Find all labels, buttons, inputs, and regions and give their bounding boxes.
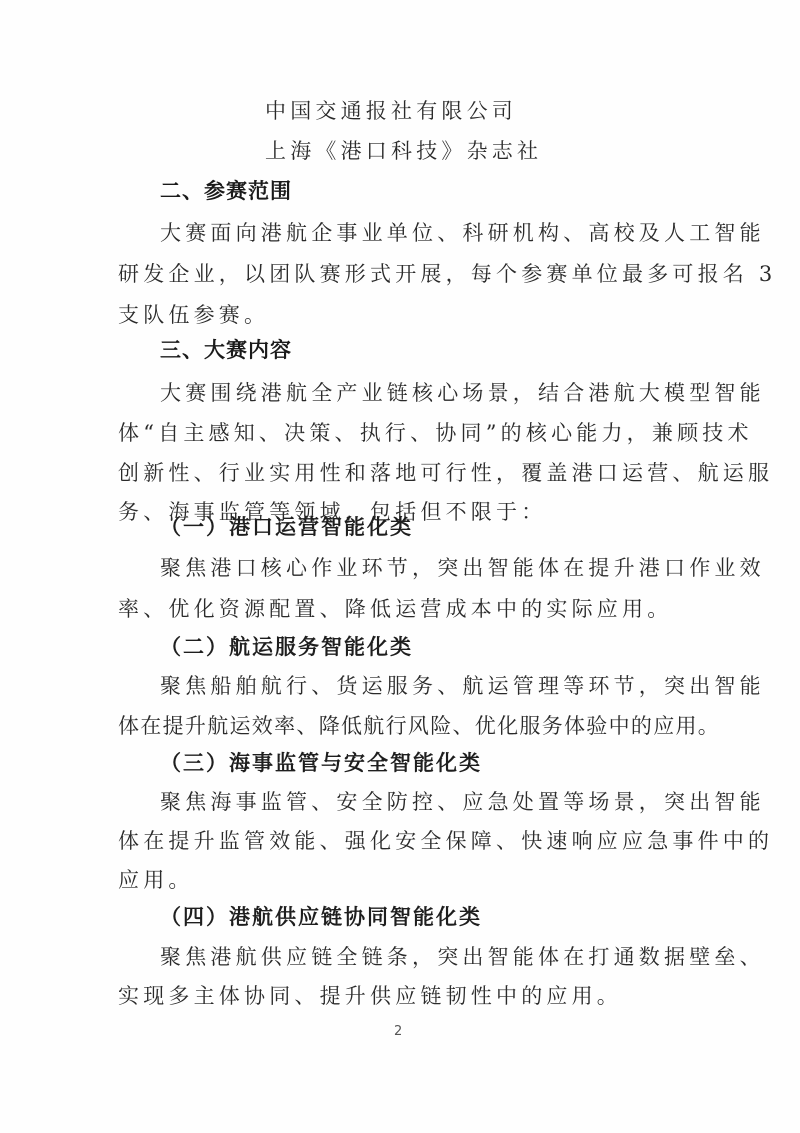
- section-3-heading: 三、大赛内容: [160, 335, 760, 365]
- section-2-line: 大赛面向港航企事业单位、科研机构、高校及人工智能: [160, 218, 760, 248]
- page-number: 2: [394, 1024, 402, 1039]
- category-2-title: （二）航运服务智能化类: [160, 632, 760, 662]
- category-2-line: 体在提升航运效率、降低航行风险、优化服务体验中的应用。: [118, 711, 718, 741]
- category-3-line: 体在提升监管效能、强化安全保障、快速响应应急事件中的: [118, 826, 718, 856]
- category-3-line: 聚焦海事监管、安全防控、应急处置等场景，突出智能: [160, 787, 760, 817]
- category-3-title: （三）海事监管与安全智能化类: [160, 748, 760, 778]
- category-4-title: （四）港航供应链协同智能化类: [160, 902, 760, 932]
- category-1-line: 聚焦港口核心作业环节，突出智能体在提升港口作业效: [160, 553, 760, 583]
- category-1-title: （一）港口运营智能化类: [160, 512, 760, 542]
- category-3-line: 应用。: [118, 865, 718, 895]
- signature-org-1: 中国交通报社有限公司: [265, 96, 800, 126]
- section-2-line: 支队伍参赛。: [118, 300, 718, 330]
- section-3-line: 创新性、行业实用性和落地可行性，覆盖港口运营、航运服: [118, 458, 718, 488]
- section-3-line: 大赛围绕港航全产业链核心场景，结合港航大模型智能: [160, 378, 760, 408]
- document-page: 中国交通报社有限公司 上海《港口科技》杂志社 二、参赛范围 大赛面向港航企事业单…: [0, 0, 800, 1133]
- section-3-line: 体“自主感知、决策、执行、协同”的核心能力，兼顾技术: [118, 418, 718, 448]
- section-2-line: 研发企业，以团队赛形式开展，每个参赛单位最多可报名 3: [118, 259, 718, 289]
- category-4-line: 实现多主体协同、提升供应链韧性中的应用。: [118, 981, 718, 1011]
- signature-org-2: 上海《港口科技》杂志社: [265, 136, 800, 166]
- section-2-heading: 二、参赛范围: [160, 176, 760, 206]
- category-4-line: 聚焦港航供应链全链条，突出智能体在打通数据壁垒、: [160, 942, 760, 972]
- category-1-line: 率、优化资源配置、降低运营成本中的实际应用。: [118, 594, 718, 624]
- category-2-line: 聚焦船舶航行、货运服务、航运管理等环节，突出智能: [160, 671, 760, 701]
